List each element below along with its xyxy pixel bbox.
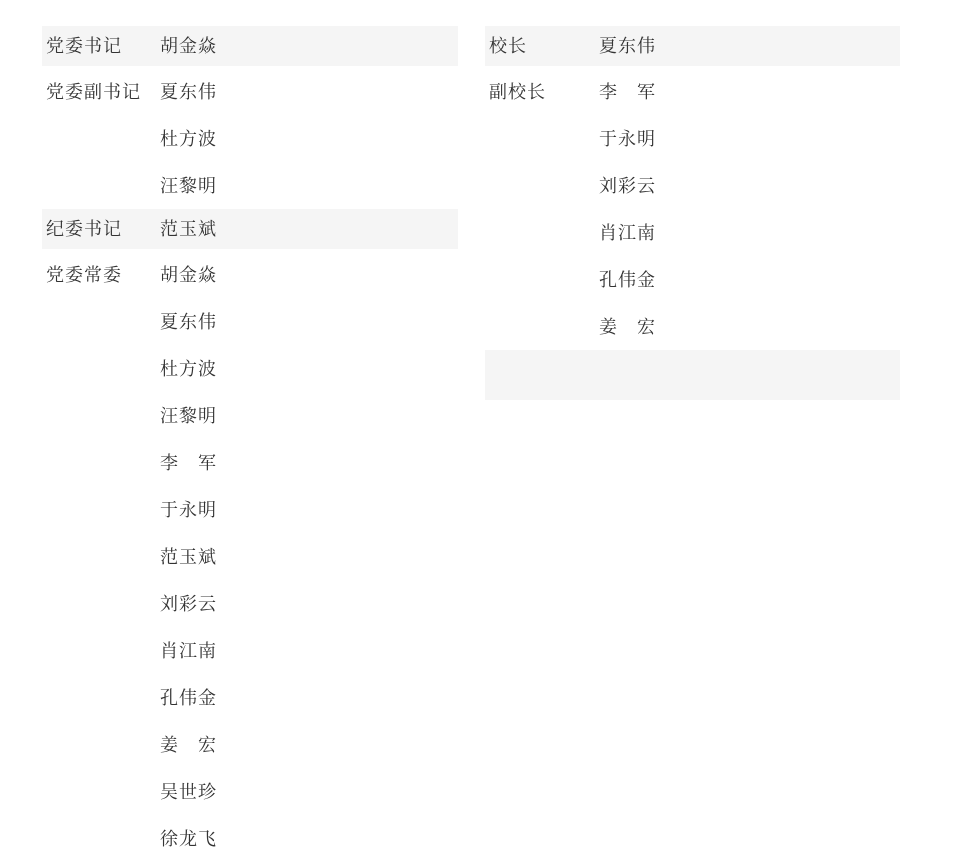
- person-name: 孔伟金: [160, 688, 458, 709]
- row-label: 党委副书记: [42, 66, 160, 115]
- person-name: 肖江南: [160, 641, 458, 662]
- person-name: 夏东伟: [599, 36, 900, 57]
- row-label: 副校长: [485, 66, 599, 115]
- table-row-standing-committee: 党委常委 胡金焱 夏东伟 杜方波 汪黎明 李 军 于永明 范玉斌 刘彩云 肖江南…: [42, 249, 458, 862]
- row-names: 胡金焱: [160, 26, 458, 66]
- person-name: 胡金焱: [160, 265, 458, 286]
- person-name: 杜方波: [160, 129, 458, 150]
- table-row-deputy-party-secretaries: 党委副书记 夏东伟 杜方波 汪黎明: [42, 66, 458, 209]
- party-committee-table: 党委书记 胡金焱 党委副书记 夏东伟 杜方波 汪黎明 纪委书记 范玉斌 党委常委…: [42, 26, 458, 862]
- person-name: 李 军: [160, 453, 458, 474]
- person-name: 夏东伟: [160, 82, 458, 103]
- person-name: 刘彩云: [160, 594, 458, 615]
- person-name: 孔伟金: [599, 270, 900, 291]
- person-name: 杜方波: [160, 359, 458, 380]
- table-row-discipline-secretary: 纪委书记 范玉斌: [42, 209, 458, 249]
- person-name: 于永明: [599, 129, 900, 150]
- row-names: 夏东伟: [599, 26, 900, 66]
- table-row-empty: [485, 350, 900, 400]
- person-name: 刘彩云: [599, 176, 900, 197]
- person-name: 夏东伟: [160, 312, 458, 333]
- row-names: 李 军 于永明 刘彩云 肖江南 孔伟金 姜 宏: [599, 66, 900, 350]
- administration-table: 校长 夏东伟 副校长 李 军 于永明 刘彩云 肖江南 孔伟金 姜 宏: [485, 26, 900, 400]
- person-name: 姜 宏: [160, 735, 458, 756]
- row-names: 胡金焱 夏东伟 杜方波 汪黎明 李 军 于永明 范玉斌 刘彩云 肖江南 孔伟金 …: [160, 249, 458, 862]
- table-row-party-secretary: 党委书记 胡金焱: [42, 26, 458, 66]
- row-label: 党委常委: [42, 249, 160, 298]
- person-name: 于永明: [160, 500, 458, 521]
- row-names: 范玉斌: [160, 209, 458, 249]
- person-name: 范玉斌: [160, 219, 458, 240]
- page: 党委书记 胡金焱 党委副书记 夏东伟 杜方波 汪黎明 纪委书记 范玉斌 党委常委…: [0, 0, 971, 866]
- row-label: 党委书记: [42, 26, 160, 66]
- person-name: 李 军: [599, 82, 900, 103]
- person-name: 胡金焱: [160, 36, 458, 57]
- person-name: 肖江南: [599, 223, 900, 244]
- row-label: 校长: [485, 26, 599, 66]
- row-label: 纪委书记: [42, 209, 160, 249]
- person-name: 吴世珍: [160, 782, 458, 803]
- person-name: 汪黎明: [160, 176, 458, 197]
- table-row-vice-presidents: 副校长 李 军 于永明 刘彩云 肖江南 孔伟金 姜 宏: [485, 66, 900, 350]
- row-names: 夏东伟 杜方波 汪黎明: [160, 66, 458, 209]
- person-name: 范玉斌: [160, 547, 458, 568]
- person-name: 姜 宏: [599, 317, 900, 338]
- person-name: 徐龙飞: [160, 829, 458, 850]
- table-row-president: 校长 夏东伟: [485, 26, 900, 66]
- person-name: 汪黎明: [160, 406, 458, 427]
